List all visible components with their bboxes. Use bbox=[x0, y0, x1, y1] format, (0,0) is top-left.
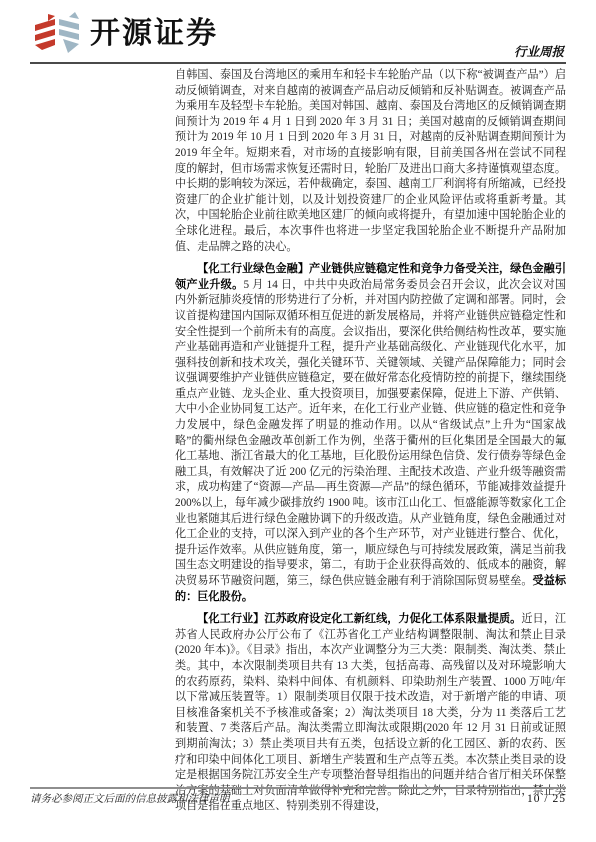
paragraph: 【化工行业】江苏政府设定化工新红线，力促化工体系限量提质。近日，江苏省人民政府办… bbox=[175, 612, 566, 815]
paragraph-text: 自韩国、泰国及台湾地区的乘用车和轻卡车轮胎产品（以下称“被调查产品”）启动反倾销… bbox=[175, 69, 566, 253]
paragraph-text: 近日，江苏省人民政府办公厅公布了《江苏省化工产业结构调整限制、淘汰和禁止目录(2… bbox=[175, 613, 566, 812]
brand-logo-icon bbox=[33, 12, 83, 55]
footer: 请务必参阅正文后面的信息披露和法律声明 10 / 25 bbox=[30, 791, 566, 806]
page-number: 10 / 25 bbox=[527, 793, 566, 805]
paragraph: 【化工行业绿色金融】产业链供应链稳定性和竞争力备受关注，绿色金融引领产业升级。5… bbox=[175, 262, 566, 605]
body-paragraphs: 自韩国、泰国及台湾地区的乘用车和轻卡车轮胎产品（以下称“被调查产品”）启动反倾销… bbox=[175, 68, 566, 815]
brand-logo: 开源证券 bbox=[33, 12, 218, 55]
report-page: 开源证券 行业周报 自韩国、泰国及台湾地区的乘用车和轻卡车轮胎产品（以下称“被调… bbox=[0, 0, 596, 842]
header-divider bbox=[30, 62, 566, 64]
footer-divider bbox=[30, 787, 566, 789]
brand-name: 开源证券 bbox=[90, 19, 218, 49]
paragraph-emphasis: 【化工行业】江苏政府设定化工新红线，力促化工体系限量提质。 bbox=[197, 613, 521, 625]
paragraph-text: 5 月 14 日，中共中央政治局常务委员会召开会议，此次会议对国内外新冠肺炎疫情… bbox=[175, 279, 566, 587]
footer-disclaimer: 请务必参阅正文后面的信息披露和法律声明 bbox=[30, 791, 230, 806]
paragraph: 自韩国、泰国及台湾地区的乘用车和轻卡车轮胎产品（以下称“被调查产品”）启动反倾销… bbox=[175, 68, 566, 255]
